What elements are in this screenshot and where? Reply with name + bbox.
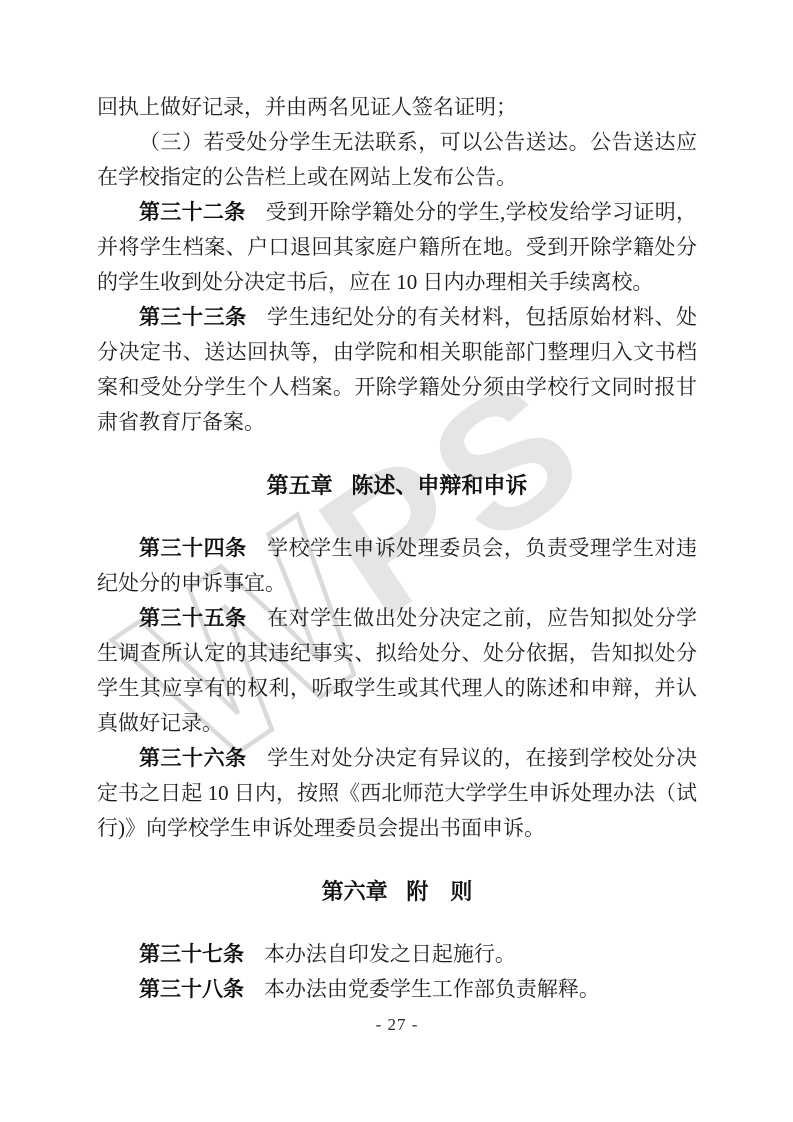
article-line: 第三十六条学生对处分决定有异议的，在接到学校处分决 [97,741,697,776]
page-number: - 27 - [97,1015,697,1035]
text-line: 学生其应享有的权利，听取学生或其代理人的陈述和申辩，并认 [97,671,697,706]
text-line: 生调查所认定的其违纪事实、拟给处分、处分依据，告知拟处分 [97,636,697,671]
article-line: 第三十三条学生违纪处分的有关材料，包括原始材料、处 [97,300,697,335]
article-text: 本办法由党委学生工作部负责解释。 [264,977,600,1001]
article-number: 第三十三条 [139,306,247,329]
article-number: 第三十八条 [139,978,244,1001]
article-line: 第三十四条学校学生申诉处理委员会，负责受理学生对违 [97,531,697,566]
text-line: 肃省教育厅备案。 [97,405,697,440]
text-line: 并将学生档案、户口退回其家庭户籍所在地。受到开除学籍处分 [97,230,697,265]
article-line: 第三十五条在对学生做出处分决定之前，应告知拟处分学 [97,601,697,636]
text-line: 纪处分的申诉事宜。 [97,566,697,601]
article-line: 第三十七条本办法自印发之日起施行。 [97,937,697,972]
chapter-title: 附 则 [406,879,472,904]
article-text: 本办法自印发之日起施行。 [264,942,516,966]
text-line: 行)》向学校学生申诉处理委员会提出书面申诉。 [97,811,697,846]
text-line: 回执上做好记录，并由两名见证人签名证明； [97,90,697,125]
text-line: 分决定书、送达回执等，由学院和相关职能部门整理归入文书档 [97,335,697,370]
document-page: W PS 回执上做好记录，并由两名见证人签名证明； （三）若受处分学生无法联系，… [0,0,793,1122]
text-line: 的学生收到处分决定书后，应在 10 日内办理相关手续离校。 [97,265,697,300]
text-line: 定书之日起 10 日内，按照《西北师范大学学生申诉处理办法（试 [97,776,697,811]
text-line: （三）若受处分学生无法联系，可以公告送达。公告送达应 [97,125,697,160]
article-number: 第三十七条 [139,943,244,966]
text-line: 案和受处分学生个人档案。开除学籍处分须由学校行文同时报甘 [97,370,697,405]
article-number: 第三十四条 [139,537,247,560]
text-line: 在学校指定的公告栏上或在网站上发布公告。 [97,160,697,195]
chapter-5-heading: 第五章陈述、申辩和申诉 [97,468,697,503]
page-content: 回执上做好记录，并由两名见证人签名证明； （三）若受处分学生无法联系，可以公告送… [97,90,697,1035]
article-text: 学生对处分决定有异议的，在接到学校处分决 [267,746,697,770]
article-line: 第三十八条本办法由党委学生工作部负责解释。 [97,972,697,1007]
chapter-6-heading: 第六章附 则 [97,874,697,909]
article-text: 学校学生申诉处理委员会，负责受理学生对违 [267,536,697,560]
article-number: 第三十六条 [139,747,247,770]
article-text: 受到开除学籍处分的学生,学校发给学习证明， [265,200,697,224]
chapter-number: 第六章 [322,879,388,904]
text-line: 真做好记录。 [97,706,697,741]
chapter-title: 陈述、申辩和申诉 [351,473,527,498]
article-line: 第三十二条受到开除学籍处分的学生,学校发给学习证明， [97,195,697,230]
chapter-number: 第五章 [267,473,333,498]
article-text: 学生违纪处分的有关材料，包括原始材料、处 [267,305,697,329]
article-number: 第三十二条 [139,201,246,224]
article-number: 第三十五条 [139,607,247,630]
article-text: 在对学生做出处分决定之前，应告知拟处分学 [267,606,697,630]
